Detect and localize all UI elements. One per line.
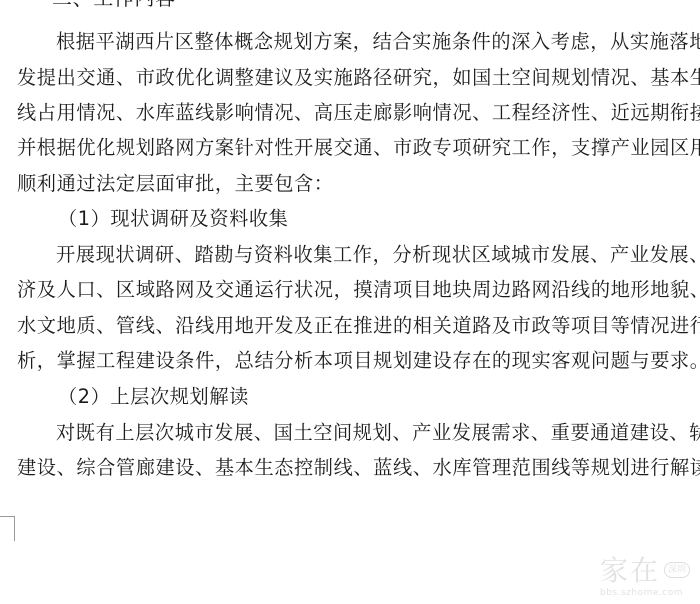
section-heading: 二、工作内容 [52, 0, 176, 10]
document-page: 二、工作内容 根据平湖西片区整体概念规划方案，结合实施条件的深入考虑，从实施落地… [0, 0, 700, 604]
subsection-1-line-1: 开展现状调研、踏勘与资料收集工作，分析现状区域城市发展、产业发展、社会 [56, 243, 700, 267]
subsection-1-line-4: 析，掌握工程建设条件，总结分析本项目规划建设存在的现实客观问题与要求。 [17, 349, 700, 373]
subsection-2-line-1: 对既有上层次城市发展、国土空间规划、产业发展需求、重要通道建设、轨道交 [56, 421, 700, 445]
watermark-badge: 深圳 [664, 562, 690, 578]
intro-line-5: 顺利通过法定层面审批，主要包含： [17, 172, 334, 196]
subsection-title-1: （1）现状调研及资料收集 [58, 207, 288, 231]
intro-line-3: 线占用情况、水库蓝线影响情况、高压走廊影响情况、工程经济性、近远期衔接等因素 [17, 101, 700, 125]
subsection-1-line-3: 水文地质、管线、沿线用地开发及正在推进的相关道路及市政等项目等情况进行综合 [17, 314, 700, 338]
watermark: 家在 深圳 bbs.szhome.com [600, 556, 696, 602]
subsection-title-2: （2）上层次规划解读 [58, 385, 249, 409]
intro-line-2: 发提出交通、市政优化调整建议及实施路径研究，如国土空间规划情况、基本生态控 [17, 66, 700, 90]
subsection-1-line-2: 济及人口、区域路网及交通运行状况，摸清项目地块周边路网沿线的地形地貌、建筑物 [17, 278, 700, 302]
watermark-logo-text: 家在 [600, 556, 660, 586]
watermark-url: bbs.szhome.com [600, 588, 683, 598]
intro-line-1: 根据平湖西片区整体概念规划方案，结合实施条件的深入考虑，从实施落地角度 [56, 30, 700, 54]
page-crop-mark [0, 516, 15, 541]
intro-line-4: 并根据优化规划路网方案针对性开展交通、市政专项研究工作，支撑产业园区用地需 [17, 136, 700, 160]
subsection-2-line-2: 建设、综合管廊建设、基本生态控制线、蓝线、水库管理范围线等规划进行解读，重 [17, 456, 700, 480]
